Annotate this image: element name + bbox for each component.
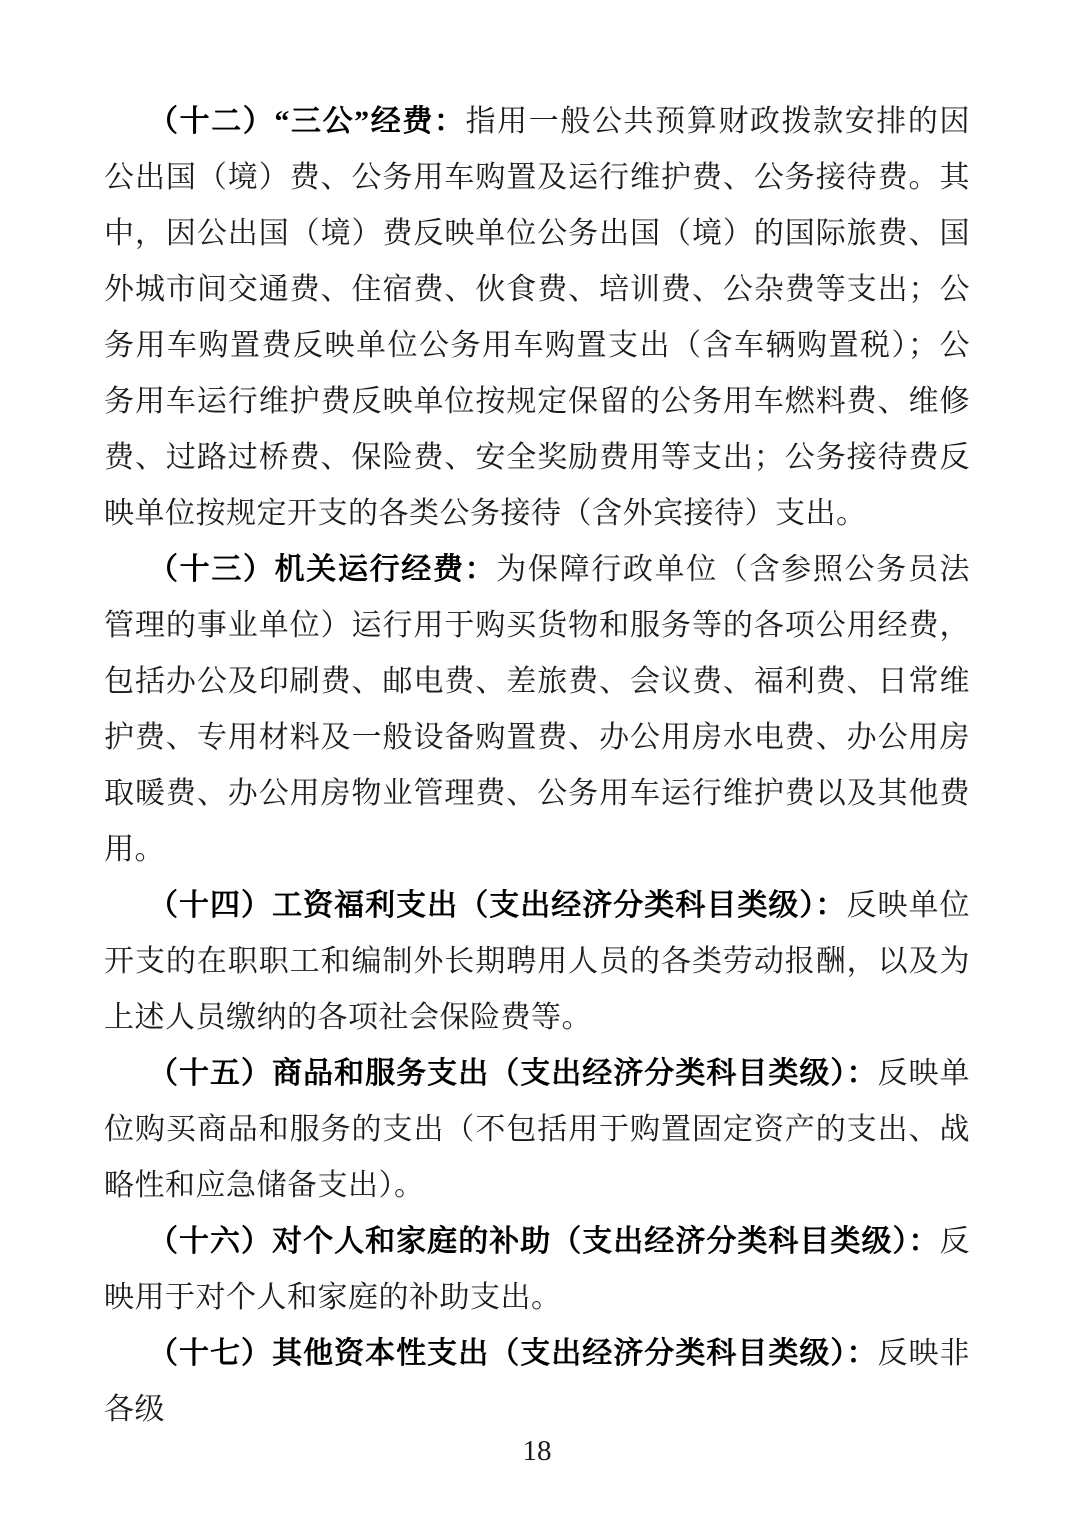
document-body: （十二）“三公”经费：指用一般公共预算财政拨款安排的因公出国（境）费、公务用车购… [104, 94, 970, 1438]
paragraph-14: （十四）工资福利支出（支出经济分类科目类级）：反映单位开支的在职职工和编制外长期… [104, 878, 970, 1046]
paragraph-13-heading: （十三）机关运行经费： [148, 553, 496, 586]
paragraph-12-heading: （十二）“三公”经费： [148, 105, 466, 138]
paragraph-16-heading: （十六）对个人和家庭的补助（支出经济分类科目类级）： [148, 1225, 940, 1258]
paragraph-15: （十五）商品和服务支出（支出经济分类科目类级）：反映单位购买商品和服务的支出（不… [104, 1046, 970, 1214]
paragraph-15-heading: （十五）商品和服务支出（支出经济分类科目类级）： [148, 1057, 877, 1090]
paragraph-17-heading: （十七）其他资本性支出（支出经济分类科目类级）： [148, 1337, 877, 1370]
page-number: 18 [0, 1436, 1074, 1466]
paragraph-12-text: 指用一般公共预算财政拨款安排的因公出国（境）费、公务用车购置及运行维护费、公务接… [104, 105, 970, 530]
paragraph-13-text: 为保障行政单位（含参照公务员法管理的事业单位）运行用于购买货物和服务等的各项公用… [104, 553, 970, 866]
paragraph-14-heading: （十四）工资福利支出（支出经济分类科目类级）： [148, 889, 846, 922]
paragraph-12: （十二）“三公”经费：指用一般公共预算财政拨款安排的因公出国（境）费、公务用车购… [104, 94, 970, 542]
document-page: （十二）“三公”经费：指用一般公共预算财政拨款安排的因公出国（境）费、公务用车购… [0, 0, 1074, 1520]
paragraph-17: （十七）其他资本性支出（支出经济分类科目类级）：反映非各级 [104, 1326, 970, 1438]
paragraph-16: （十六）对个人和家庭的补助（支出经济分类科目类级）：反映用于对个人和家庭的补助支… [104, 1214, 970, 1326]
paragraph-13: （十三）机关运行经费：为保障行政单位（含参照公务员法管理的事业单位）运行用于购买… [104, 542, 970, 878]
